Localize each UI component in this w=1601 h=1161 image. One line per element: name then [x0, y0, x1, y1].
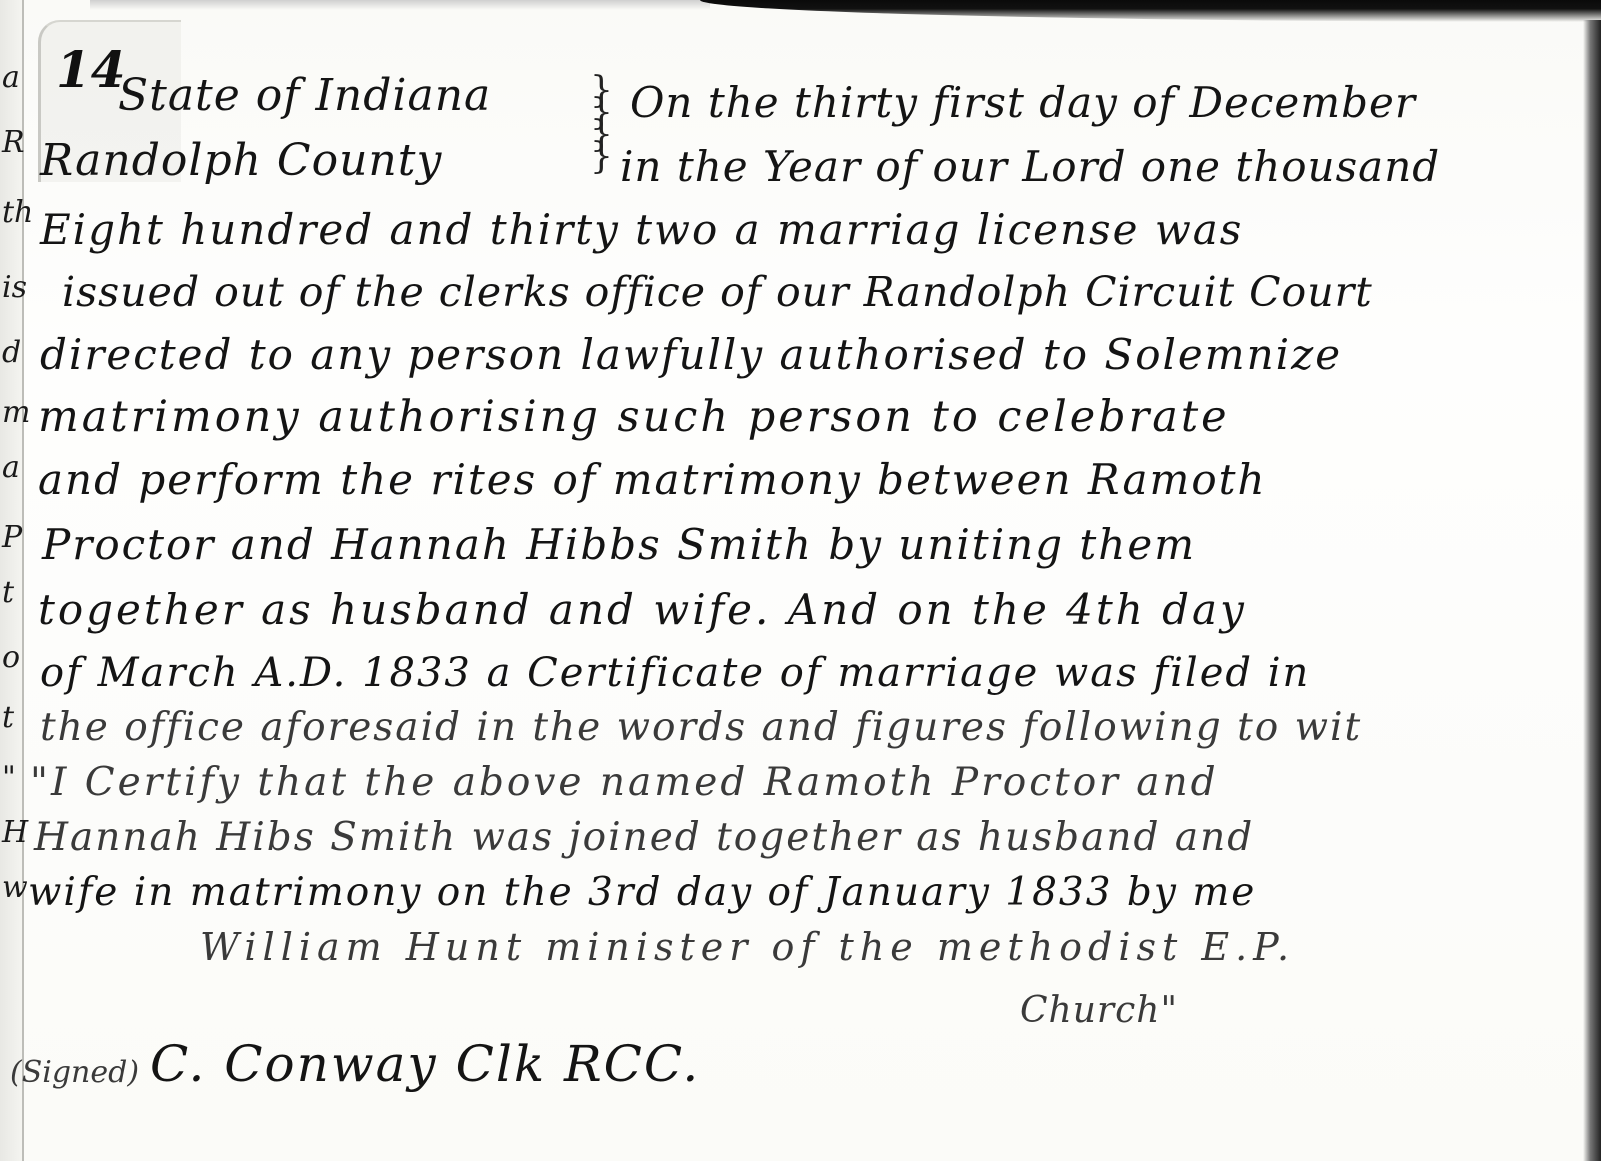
margin-fragment: t	[2, 700, 14, 735]
page-top-shadow	[90, 0, 710, 10]
margin-fragment: H	[2, 815, 28, 850]
signed-prefix: (Signed)	[10, 1055, 139, 1090]
margin-fragment: is	[2, 270, 27, 305]
margin-fragment: R	[2, 125, 25, 160]
margin-fragment: a	[2, 60, 20, 95]
margin-fragment: a	[2, 450, 20, 485]
entry-number: 14	[56, 40, 126, 99]
margin-fragment: o	[2, 640, 20, 675]
record-line-12: "I Certify that the above named Ramoth P…	[30, 760, 1219, 805]
margin-fragment: "	[2, 760, 16, 795]
heading-state: State of Indiana	[118, 70, 491, 121]
record-page: a R th is d m a P t o t " H w 14 State o…	[0, 0, 1601, 1161]
book-binding-edge	[700, 0, 1601, 22]
record-line-14: wife in matrimony on the 3rd day of Janu…	[28, 870, 1256, 915]
record-line-2: in the Year of our Lord one thousand	[620, 142, 1440, 191]
record-line-4: issued out of the clerks office of our R…	[62, 268, 1373, 316]
margin-fragment: th	[2, 195, 33, 230]
record-line-8: Proctor and Hannah Hibbs Smith by unitin…	[42, 520, 1196, 569]
record-line-6: matrimony authorising such person to cel…	[38, 392, 1230, 442]
record-line-1: On the thirty first day of December	[630, 78, 1416, 127]
record-line-10: of March A.D. 1833 a Certificate of marr…	[40, 650, 1310, 696]
record-line-5: directed to any person lawfully authoris…	[40, 330, 1342, 379]
margin-fragment: d	[2, 335, 21, 370]
clerk-signature: C. Conway Clk RCC.	[150, 1035, 700, 1093]
record-line-11: the office aforesaid in the words and fi…	[40, 705, 1362, 750]
record-line-9: together as husband and wife. And on the…	[38, 585, 1247, 634]
page-right-edge	[1583, 20, 1601, 1161]
margin-fragment: m	[2, 395, 30, 430]
margin-fragment: t	[2, 575, 14, 610]
church-line: Church"	[1020, 990, 1178, 1031]
record-line-3: Eight hundred and thirty two a marriag l…	[40, 205, 1243, 254]
record-line-7: and perform the rites of matrimony betwe…	[38, 455, 1267, 504]
previous-page-margin: a R th is d m a P t o t " H w	[0, 0, 24, 1161]
margin-fragment: P	[2, 520, 22, 555]
heading-county: Randolph County	[40, 135, 442, 186]
margin-fragment: w	[2, 870, 28, 905]
bracket-brace: }}}}	[590, 80, 610, 168]
record-line-13: Hannah Hibs Smith was joined together as…	[34, 815, 1254, 860]
minister-line: William Hunt minister of the methodist E…	[200, 925, 1295, 969]
